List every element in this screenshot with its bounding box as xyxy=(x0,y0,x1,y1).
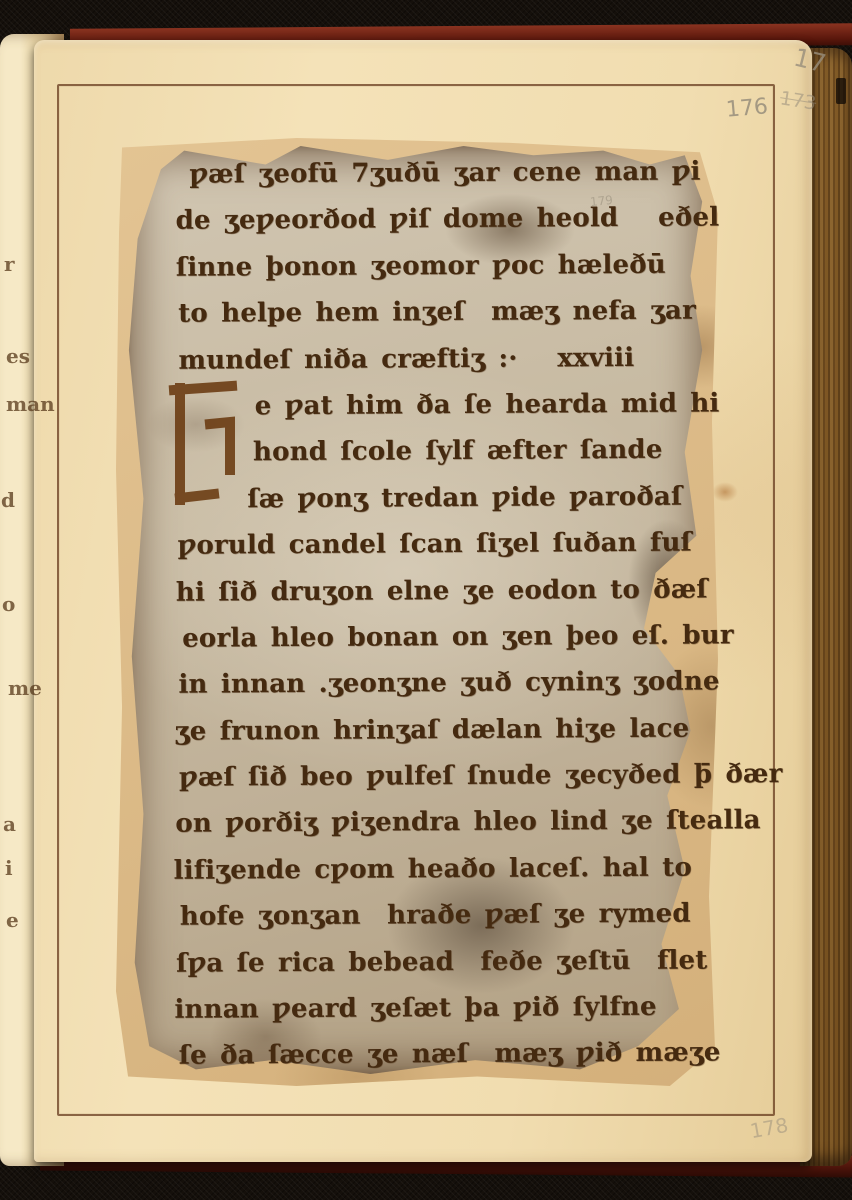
manuscript-line: hofe ʒonʒan hraðe ƿæſ ʒe rymed xyxy=(180,890,756,940)
manuscript-line: ʒe frunon hrinʒaſ dælan hiʒe lace xyxy=(175,705,755,755)
fragment-letter: d xyxy=(1,488,15,512)
manuscript-text-block: ƿæſ ʒeofū 7ʒuðū ʒar cene man ƿide ʒeƿeor… xyxy=(165,148,757,1079)
manuscript-line: ƿoruld candel ſcan ſiʒel ſuðan fuſ xyxy=(177,519,753,569)
pencil-folio-number: 176 xyxy=(725,94,769,123)
manuscript-line: ſinne þonon ʒeomor ƿoc hæleðū xyxy=(176,241,752,291)
manuscript-line: in innan .ʒeonʒne ʒuð cyninʒ ʒodne xyxy=(178,659,754,709)
fragment-letter: es xyxy=(6,344,30,368)
manuscript-line: ƿæſ ʒeofū 7ʒuðū ʒar cene man ƿi xyxy=(189,148,751,198)
manuscript-line: hi ſið druʒon elne ʒe eodon to ðæſ xyxy=(176,566,754,616)
pencil-number-inline: 179 xyxy=(589,193,613,209)
fore-edge-mark xyxy=(836,78,846,104)
fragment-letter: me xyxy=(8,676,42,700)
manuscript-line: eorla hleo bonan on ʒen þeo eſ. bur xyxy=(182,612,754,662)
manuscript-photo: ƿæſ ʒeofū 7ʒuðū ʒar cene man ƿide ʒeƿeor… xyxy=(0,0,852,1200)
manuscript-line: lifiʒende cƿom heaðo laceſ. hal to xyxy=(173,844,755,894)
manuscript-line: e ƿat him ða ſe hearda mid hi xyxy=(255,380,753,429)
manuscript-line: ſƿa ſe rica bebead feðe ʒeſtū flet xyxy=(176,937,756,987)
manuscript-line: on ƿorðiʒ ƿiʒendra hleo lind ʒe ſtealla xyxy=(175,798,755,848)
manuscript-line: mundeſ niða cræftiʒ :· xxviii xyxy=(178,334,752,384)
manuscript-line: to helpe hem inʒeſ mæʒ nefa ʒar xyxy=(178,287,752,337)
fragment-letter: e xyxy=(6,908,19,932)
manuscript-line: ſe ða ſæcce ʒe næſ mæʒ ƿið mæʒe xyxy=(179,1030,757,1080)
fragment-letter: man xyxy=(6,392,55,416)
fragment-letter: a xyxy=(3,812,16,836)
manuscript-line: ƿæſ ſið beo ƿulfeſ ſnude ʒecyðed þ̄ ðær xyxy=(179,751,755,801)
fragment-letter: o xyxy=(2,592,15,616)
manuscript-line: ſæ ƿonʒ tredan ƿide ƿaroðaſ xyxy=(247,473,753,522)
manuscript-line: de ʒeƿeorðod ƿiſ dome heold eðel xyxy=(175,195,751,245)
fragment-letter: i xyxy=(5,856,13,880)
manuscript-line: innan ƿeard ʒeſæt þa ƿið ſylfne xyxy=(174,983,756,1033)
manuscript-line: hond ſcole ſylf æfter ſande xyxy=(253,427,753,476)
initial-capital-g xyxy=(168,376,248,508)
fragment-letter: r xyxy=(4,252,15,276)
